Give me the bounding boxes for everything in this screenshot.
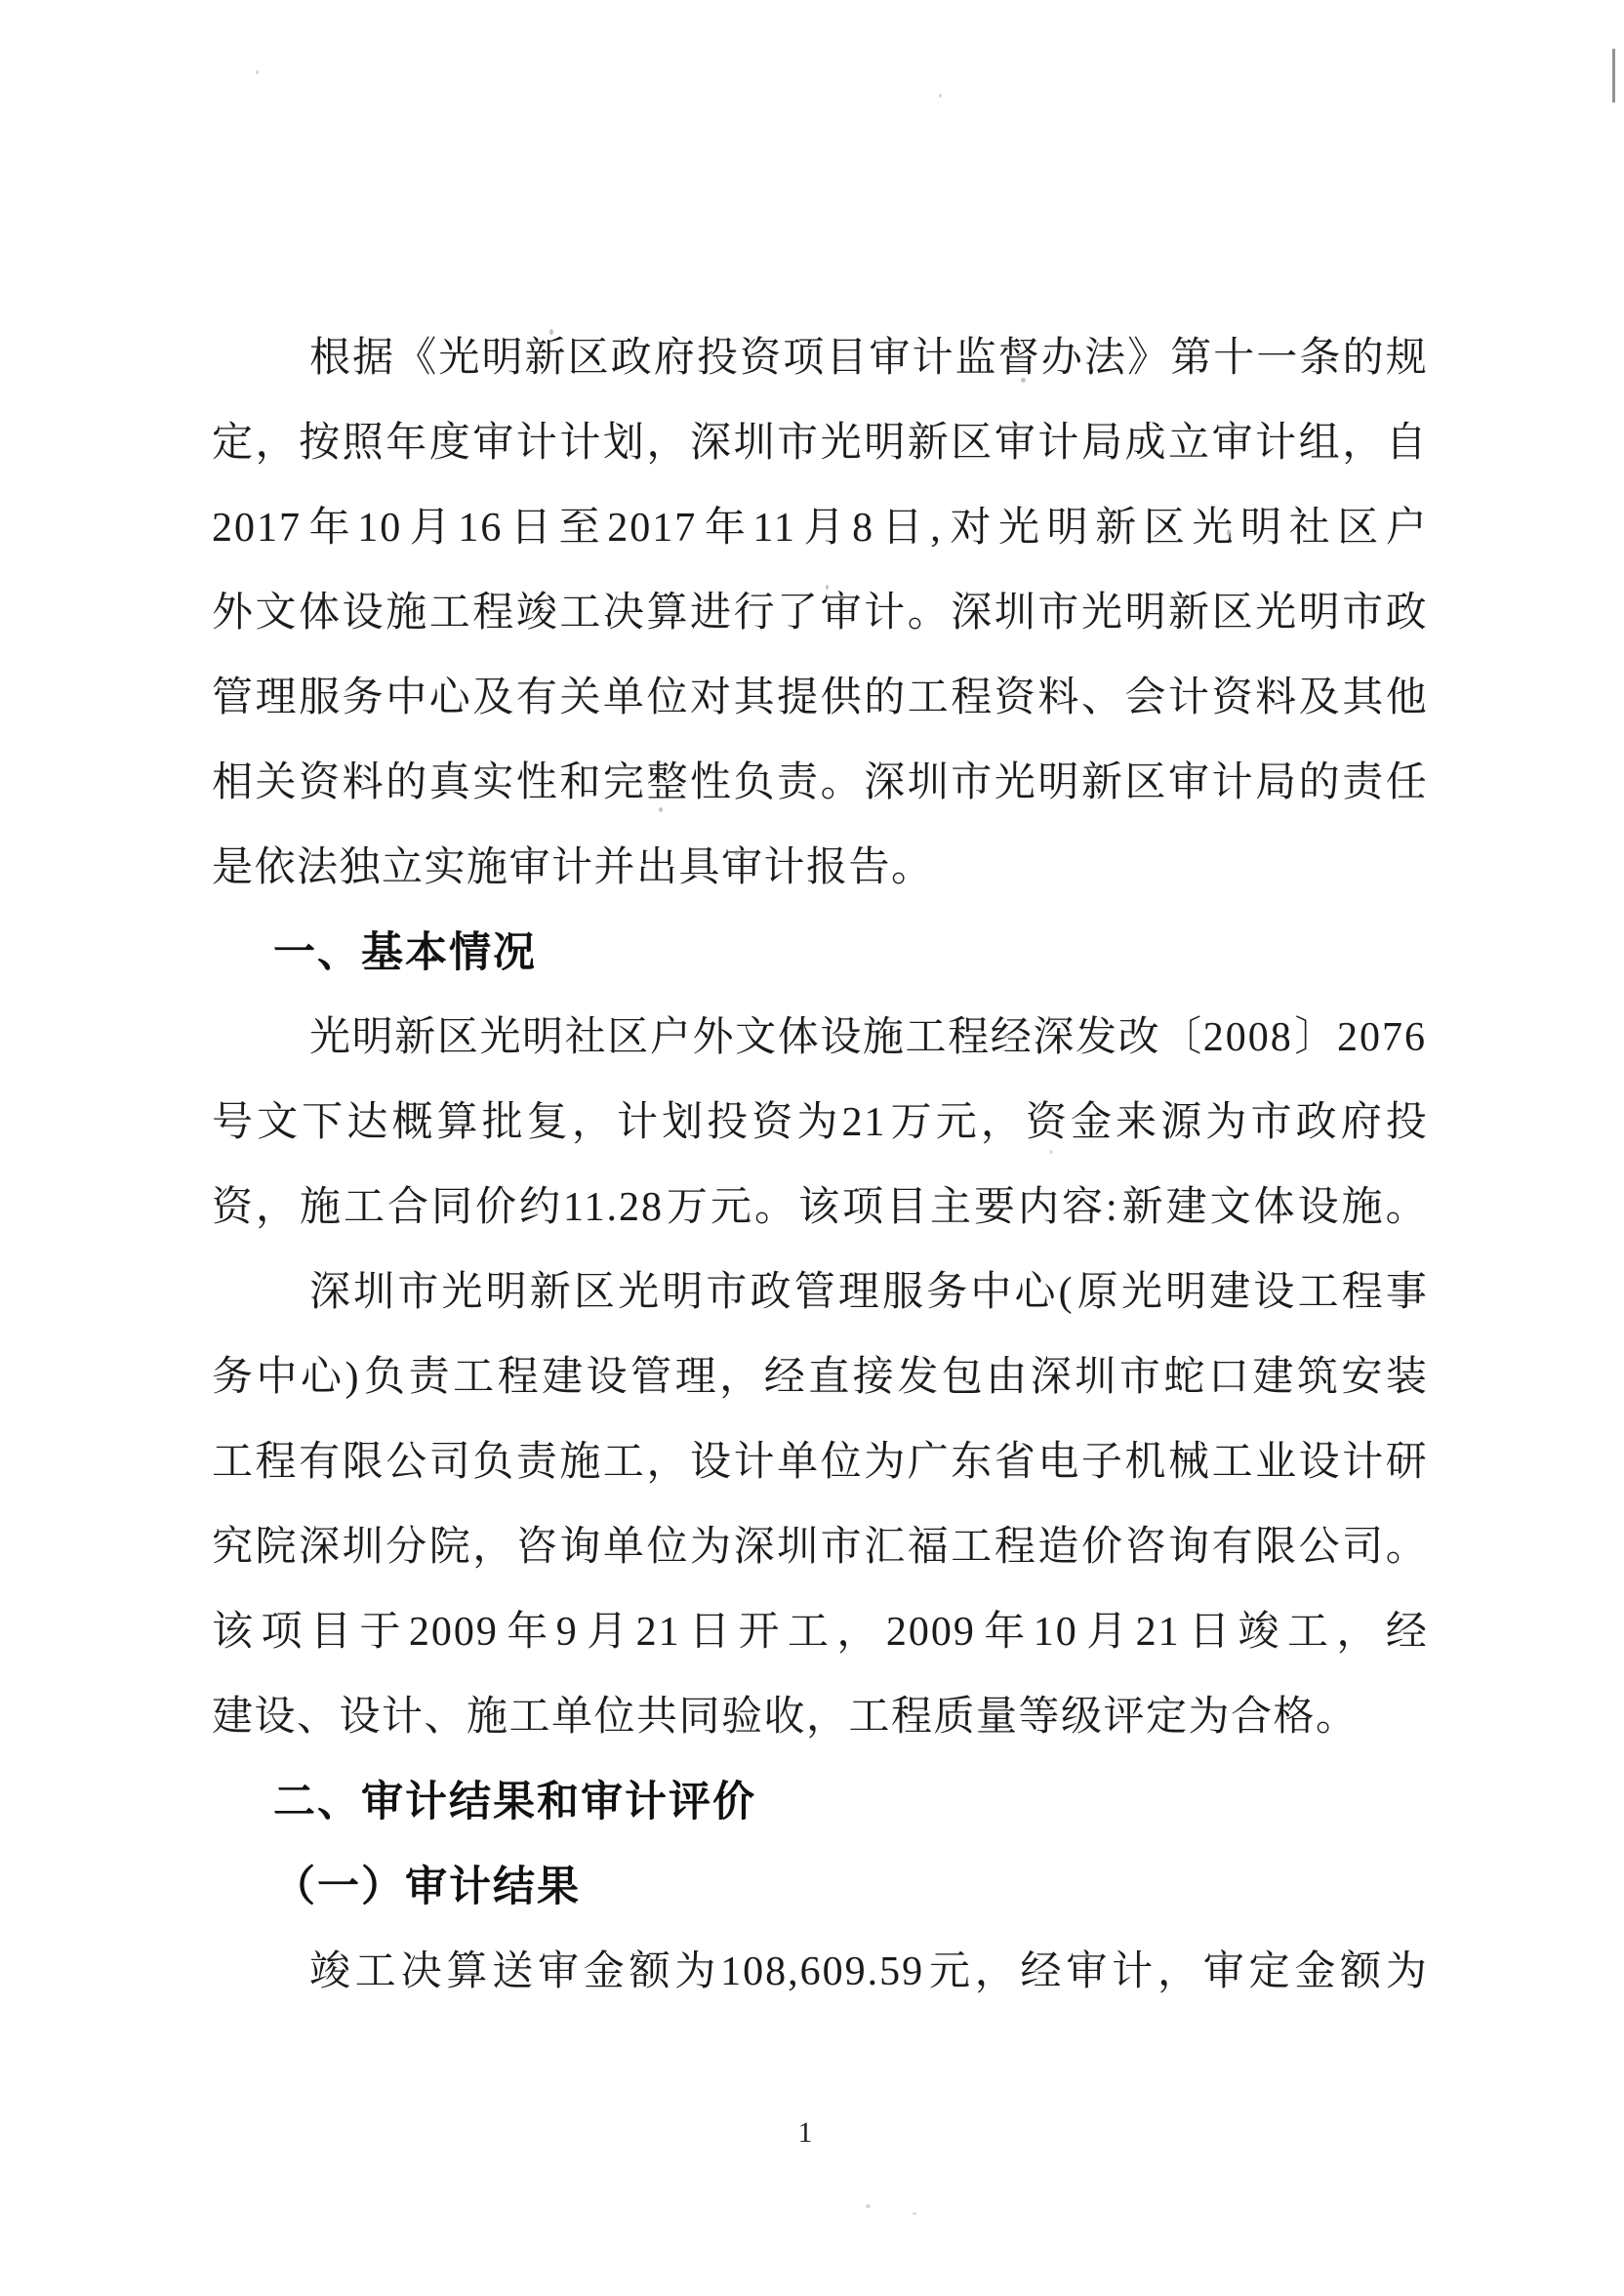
text-unit: 关	[256, 741, 297, 826]
text-unit: 设	[690, 1420, 731, 1505]
text-unit: 日	[1189, 1590, 1230, 1675]
text-unit: ，	[1336, 1590, 1377, 1675]
text-unit: 年	[309, 486, 350, 571]
text-unit: 元	[929, 1930, 970, 2015]
body-line: 管理服务中心及有关单位对其提供的工程资料、会计资料及其他	[212, 656, 1427, 741]
text-unit: 项	[842, 1166, 883, 1250]
text-unit: 了	[777, 571, 818, 656]
text-unit: 关	[559, 656, 600, 741]
text-unit: 根	[309, 316, 350, 401]
text-unit: 司	[1342, 1505, 1383, 1590]
text-unit: 经	[991, 996, 1032, 1081]
text-unit: 程	[995, 1505, 1035, 1590]
text-unit: 市	[1251, 1081, 1292, 1166]
text-unit: 的	[1343, 316, 1384, 401]
text-unit: 直	[808, 1335, 849, 1420]
text-unit: 筑	[1297, 1335, 1338, 1420]
text-unit: 理	[838, 1250, 879, 1335]
text-unit: 计	[734, 1420, 775, 1505]
scan-speck	[913, 2212, 916, 2215]
text-unit: 建	[542, 1335, 583, 1420]
text-unit: ，	[975, 1930, 1016, 2015]
text-unit: 有	[516, 656, 557, 741]
text-unit: 目	[886, 1166, 927, 1250]
text-unit: 对	[690, 656, 731, 741]
text-unit: 《	[395, 316, 436, 401]
text-unit: 电	[1037, 1420, 1078, 1505]
text-unit: 明	[1299, 571, 1340, 656]
text-unit: 定	[212, 401, 253, 486]
text-unit: 圳	[777, 1505, 818, 1590]
text-unit: 区	[1124, 741, 1165, 826]
text-unit: 圳	[908, 741, 949, 826]
text-unit: 万	[891, 1081, 932, 1166]
text-unit: 审	[995, 401, 1035, 486]
text-unit: 务	[926, 1250, 967, 1335]
body-line: 光明新区光明社区户外文体设施工程经深发改〔2008〕2076	[309, 996, 1427, 1081]
text-unit: 研	[1386, 1420, 1427, 1505]
text-unit: 接	[853, 1335, 894, 1420]
text-unit: 光	[479, 996, 520, 1081]
body-line: 是依法独立实施审计并出具审计报告。	[212, 826, 1427, 911]
text-unit: 整	[646, 741, 687, 826]
text-unit: 管	[794, 1250, 835, 1335]
text-unit: 位	[821, 1420, 862, 1505]
text-unit: 区	[1337, 486, 1378, 571]
text-unit: 圳	[1075, 1335, 1116, 1420]
text-unit: 程	[472, 571, 513, 656]
text-unit: 负	[734, 741, 775, 826]
text-unit: 施	[1342, 1166, 1383, 1250]
text-unit: 位	[646, 656, 687, 741]
text-unit: 投	[1386, 1081, 1427, 1166]
text-unit: 工	[344, 1166, 385, 1250]
text-unit: ,	[930, 486, 943, 571]
text-unit: 新	[1081, 741, 1122, 826]
scan-speck	[1049, 1150, 1053, 1154]
text-unit: 理	[256, 656, 297, 741]
text-unit: 程	[256, 1420, 297, 1505]
text-unit: 单	[603, 656, 644, 741]
text-unit: 审	[1168, 741, 1209, 826]
text-unit: 外	[212, 571, 253, 656]
text-unit: 福	[908, 1505, 949, 1590]
text-unit: 心	[301, 1335, 342, 1420]
text-unit: 资	[1212, 656, 1253, 741]
text-unit: 源	[1160, 1081, 1201, 1166]
text-unit: 省	[995, 1420, 1035, 1505]
text-unit: 安	[1341, 1335, 1382, 1420]
text-unit: 工	[908, 656, 949, 741]
text-unit: 院	[256, 1505, 297, 1590]
text-unit: 会	[1124, 656, 1165, 741]
text-unit: ，	[1157, 1930, 1198, 2015]
text-unit: 年	[705, 486, 746, 571]
text-unit: 工	[603, 1420, 644, 1505]
text-unit: 市	[821, 1505, 862, 1590]
text-unit: 11.28	[563, 1166, 664, 1250]
text-unit: 定	[1249, 1930, 1290, 2015]
text-unit: 同	[431, 1166, 472, 1250]
text-unit: 月	[803, 486, 844, 571]
text-unit: 深	[1031, 1335, 1072, 1420]
text-unit: 达	[346, 1081, 387, 1166]
text-unit: 价	[475, 1166, 516, 1250]
text-unit: 咨	[516, 1505, 557, 1590]
text-unit: 监	[955, 316, 996, 401]
text-unit: 负	[364, 1335, 405, 1420]
text-unit: 提	[777, 656, 818, 741]
text-unit: 市	[706, 1250, 747, 1335]
text-unit: 元	[936, 1081, 977, 1166]
text-unit: 资	[299, 741, 340, 826]
text-unit: 料	[343, 741, 384, 826]
text-unit: 施	[863, 996, 904, 1081]
text-unit: 日	[882, 486, 923, 571]
text-unit: 光	[1121, 1250, 1162, 1335]
text-unit: :	[1106, 1166, 1119, 1250]
text-unit: 额	[629, 1930, 670, 2015]
text-unit: 光	[618, 1250, 659, 1335]
text-unit: 计	[559, 401, 600, 486]
text-unit: 21	[1136, 1590, 1181, 1675]
text-unit: 计	[617, 1081, 658, 1166]
text-unit: 咨	[1124, 1505, 1165, 1590]
body-line: 根据《光明新区政府投资项目审计监督办法》第十一条的规	[309, 316, 1427, 401]
text-unit: 明	[1047, 486, 1088, 571]
text-unit: 限	[1255, 1505, 1296, 1590]
text-unit: 对	[950, 486, 991, 571]
text-unit: 公	[386, 1420, 426, 1505]
text-unit: 11	[752, 486, 795, 571]
text-unit: 公	[1299, 1505, 1340, 1590]
text-unit: 建	[1252, 1335, 1293, 1420]
text-unit: 资	[212, 1166, 253, 1250]
text-unit: 外	[692, 996, 733, 1081]
text-unit: 政	[1296, 1081, 1337, 1166]
text-unit: 蛇	[1163, 1335, 1204, 1420]
body-line: 工程有限公司负责施工，设计单位为广东省电子机械工业设计研	[212, 1420, 1427, 1505]
text-unit: 8	[852, 486, 874, 571]
text-unit: 市	[951, 741, 992, 826]
text-unit: 资	[751, 1081, 792, 1166]
text-unit: 相	[212, 741, 253, 826]
text-unit: 务	[212, 1335, 253, 1420]
text-unit: 服	[299, 656, 340, 741]
text-unit: 司	[429, 1420, 470, 1505]
text-unit: 区	[574, 1250, 615, 1335]
text-unit: 2017	[212, 486, 302, 571]
text-unit: 按	[299, 401, 340, 486]
text-unit: 工	[1298, 1250, 1339, 1335]
text-unit: 元	[710, 1166, 751, 1250]
text-unit: 市	[1342, 571, 1383, 656]
text-unit: 明	[1124, 571, 1165, 656]
text-unit: 造	[1037, 1505, 1078, 1590]
text-unit: 审	[1066, 1930, 1107, 2015]
text-unit: 月	[410, 486, 451, 571]
text-unit: 号	[212, 1081, 253, 1166]
text-unit: 目	[826, 316, 867, 401]
subsection-heading-audit-results: （一）审计结果	[273, 1845, 1427, 1930]
text-unit: 照	[343, 401, 384, 486]
text-unit: 深	[734, 1505, 775, 1590]
text-unit: 责	[1342, 741, 1383, 826]
text-unit: 》	[1127, 316, 1168, 401]
text-unit: 程	[1342, 1250, 1383, 1335]
text-unit: 2009	[886, 1590, 976, 1675]
text-unit: 深	[1033, 996, 1074, 1081]
text-unit: 经	[1021, 1930, 1062, 2015]
text-unit: 院	[429, 1505, 470, 1590]
text-unit: ，	[646, 1420, 687, 1505]
text-unit: 心	[1015, 1250, 1056, 1335]
text-unit: 心	[429, 656, 470, 741]
text-unit: 明	[1165, 1250, 1206, 1335]
text-unit: 深	[309, 1250, 350, 1335]
text-unit: 开	[738, 1590, 779, 1675]
text-unit: 工	[212, 1420, 253, 1505]
text-unit: 明	[522, 996, 563, 1081]
text-unit: 深	[299, 1505, 340, 1590]
page-number: 1	[771, 2109, 839, 2157]
text-unit: 户	[650, 996, 691, 1081]
text-unit: 明	[481, 316, 522, 401]
body-line: 该项目于2009年9月21日开工，2009年10月21日竣工，经	[212, 1590, 1427, 1675]
text-unit: 分	[386, 1505, 426, 1590]
text-unit: 计	[864, 571, 905, 656]
text-unit: 政	[1386, 571, 1427, 656]
text-unit: 度	[429, 401, 470, 486]
text-unit: 立	[1168, 401, 1209, 486]
text-unit: 圳	[353, 1250, 394, 1335]
text-unit: 光	[821, 401, 862, 486]
text-unit: 为	[1205, 1081, 1246, 1166]
text-unit: 市	[777, 401, 818, 486]
text-unit: 10	[357, 486, 402, 571]
text-unit: 局	[1255, 741, 1296, 826]
text-unit: 2009	[409, 1590, 499, 1675]
text-unit: 投	[697, 316, 738, 401]
text-unit: 包	[942, 1335, 983, 1420]
text-unit: 10	[1034, 1590, 1078, 1675]
text-unit: 汇	[864, 1505, 905, 1590]
text-unit: 他	[1386, 656, 1427, 741]
text-unit: ，	[256, 1166, 297, 1250]
text-unit: 明	[352, 996, 393, 1081]
text-unit: 体	[778, 996, 819, 1081]
text-unit: 文	[735, 996, 776, 1081]
text-unit: )	[345, 1335, 361, 1420]
text-unit: 其	[734, 656, 775, 741]
text-unit: 光	[1255, 571, 1296, 656]
text-unit: 明	[1037, 741, 1078, 826]
text-unit: 位	[646, 1505, 687, 1590]
text-unit: 合	[387, 1166, 428, 1250]
text-unit: 料	[1255, 656, 1296, 741]
text-unit: 的	[386, 741, 426, 826]
text-unit: 区	[1212, 571, 1253, 656]
text-unit: 月	[587, 1590, 628, 1675]
text-unit: 资	[995, 656, 1035, 741]
text-unit: 条	[1300, 316, 1341, 401]
text-unit: 成	[1124, 401, 1165, 486]
text-unit: 送	[492, 1930, 533, 2015]
text-unit: 自	[1386, 401, 1427, 486]
text-unit: 规	[1386, 316, 1427, 401]
text-unit: 计	[1112, 1930, 1153, 2015]
text-unit: 户	[1386, 486, 1427, 571]
text-unit: 审	[1203, 1930, 1244, 2015]
text-unit: 办	[1041, 316, 1082, 401]
text-unit: 有	[299, 1420, 340, 1505]
text-unit: 21	[636, 1590, 681, 1675]
text-unit: 中	[386, 656, 426, 741]
text-unit: 计	[1342, 1420, 1383, 1505]
text-unit: 。	[1386, 1505, 1427, 1590]
scan-speck	[671, 601, 675, 607]
text-unit: 明	[662, 1250, 703, 1335]
text-unit: 资	[740, 316, 781, 401]
text-unit: 〔	[1160, 996, 1201, 1081]
text-unit: 中	[970, 1250, 1011, 1335]
text-unit: 额	[1340, 1930, 1381, 2015]
text-unit: 〕	[1294, 996, 1335, 1081]
text-unit: 深	[951, 571, 992, 656]
text-unit: 划	[603, 401, 644, 486]
text-unit: 计	[1168, 656, 1209, 741]
document-text-block: 根据《光明新区政府投资项目审计监督办法》第十一条的规定，按照年度审计计划，深圳市…	[212, 316, 1427, 2015]
text-unit: 价	[1081, 1505, 1122, 1590]
body-line: 建设、设计、施工单位共同验收，工程质量等级评定为合格。	[212, 1675, 1427, 1760]
text-unit: 责	[516, 1420, 557, 1505]
text-unit: 及	[1299, 656, 1340, 741]
text-unit: 市	[1037, 571, 1078, 656]
text-unit: 2076	[1337, 996, 1427, 1081]
text-unit: 为	[690, 1505, 731, 1590]
text-unit: 算	[646, 571, 687, 656]
text-unit: 单	[777, 1420, 818, 1505]
text-unit: ，	[256, 401, 297, 486]
document-page: 根据《光明新区政府投资项目审计监督办法》第十一条的规定，按照年度审计计划，深圳市…	[0, 0, 1624, 2296]
text-unit: 决	[603, 571, 644, 656]
text-unit: 批	[482, 1081, 523, 1166]
text-unit: 程	[951, 656, 992, 741]
text-unit: 主	[930, 1166, 971, 1250]
text-unit: 组	[1299, 401, 1340, 486]
text-unit: 管	[212, 656, 253, 741]
text-unit: 局	[1081, 401, 1122, 486]
text-unit: 施	[386, 571, 426, 656]
text-unit: 建	[1166, 1166, 1207, 1250]
text-unit: 由	[986, 1335, 1027, 1420]
text-unit: 审	[869, 316, 910, 401]
text-unit: 金	[584, 1930, 625, 2015]
text-unit: 新	[525, 316, 566, 401]
text-unit: 目	[310, 1590, 351, 1675]
text-unit: 设	[343, 571, 384, 656]
text-unit: 工	[906, 996, 947, 1081]
text-unit: 责	[777, 741, 818, 826]
body-line: 资，施工合同价约11.28万元。该项目主要内容:新建文体设施。	[212, 1166, 1427, 1250]
text-unit: 装	[1386, 1335, 1427, 1420]
scan-speck	[256, 70, 259, 74]
text-unit: 进	[690, 571, 731, 656]
text-unit: 光	[995, 741, 1035, 826]
text-unit: 询	[559, 1505, 600, 1590]
text-unit: 料	[1037, 656, 1078, 741]
text-unit: 划	[662, 1081, 703, 1166]
text-unit: 来	[1116, 1081, 1157, 1166]
text-unit: 理	[675, 1335, 716, 1420]
text-unit: 下	[302, 1081, 343, 1166]
text-unit: 供	[821, 656, 862, 741]
text-unit: 工	[951, 1505, 992, 1590]
text-unit: 询	[1168, 1505, 1209, 1590]
text-unit: 月	[1086, 1590, 1127, 1675]
scan-speck	[1021, 378, 1026, 383]
text-unit: 容	[1062, 1166, 1103, 1250]
text-unit: 21	[842, 1081, 887, 1166]
text-unit: 有	[1212, 1505, 1253, 1590]
text-unit: 发	[897, 1335, 938, 1420]
text-unit: 法	[1084, 316, 1125, 401]
text-unit: 、	[1081, 656, 1122, 741]
text-unit: 工	[429, 571, 470, 656]
text-unit: 经	[1386, 1590, 1427, 1675]
text-unit: 金	[1071, 1081, 1112, 1166]
text-unit: 区	[1144, 486, 1185, 571]
text-unit: 管	[630, 1335, 671, 1420]
text-unit: 发	[1076, 996, 1116, 1081]
text-unit: 决	[401, 1930, 442, 2015]
text-unit: 新	[1168, 571, 1209, 656]
text-unit: 区	[607, 996, 648, 1081]
text-unit: 一	[1256, 316, 1297, 401]
text-unit: 新	[1122, 1166, 1163, 1250]
text-unit: 审	[1212, 401, 1253, 486]
text-unit: 新	[908, 401, 949, 486]
text-unit: 资	[1026, 1081, 1067, 1166]
body-line: 外文体设施工程竣工决算进行了审计。深圳市光明新区光明市政	[212, 571, 1427, 656]
text-unit: 机	[1124, 1420, 1165, 1505]
text-unit: 2017	[607, 486, 697, 571]
text-unit: 其	[1342, 656, 1383, 741]
scan-speck	[826, 585, 829, 590]
text-unit: 竣	[516, 571, 557, 656]
text-unit: 程	[498, 1335, 539, 1420]
text-unit: 日	[510, 486, 551, 571]
text-unit: 原	[1077, 1250, 1118, 1335]
text-unit: 圳	[343, 1505, 384, 1590]
text-unit: 至	[559, 486, 600, 571]
text-unit: 实	[472, 741, 513, 826]
text-unit: 计	[1212, 741, 1253, 826]
text-unit: 年	[984, 1590, 1025, 1675]
text-unit: 项	[783, 316, 824, 401]
text-unit: 光	[1081, 571, 1122, 656]
text-unit: 108,609.59	[720, 1930, 924, 2015]
text-unit: 计	[1037, 401, 1078, 486]
text-unit: 区	[568, 316, 609, 401]
text-unit: 责	[409, 1335, 450, 1420]
text-unit: 中	[257, 1335, 298, 1420]
text-unit: 光	[309, 996, 350, 1081]
text-unit: 设	[587, 1335, 628, 1420]
text-unit: 圳	[995, 571, 1035, 656]
text-unit: 市	[397, 1250, 438, 1335]
text-unit: 设	[820, 996, 861, 1081]
